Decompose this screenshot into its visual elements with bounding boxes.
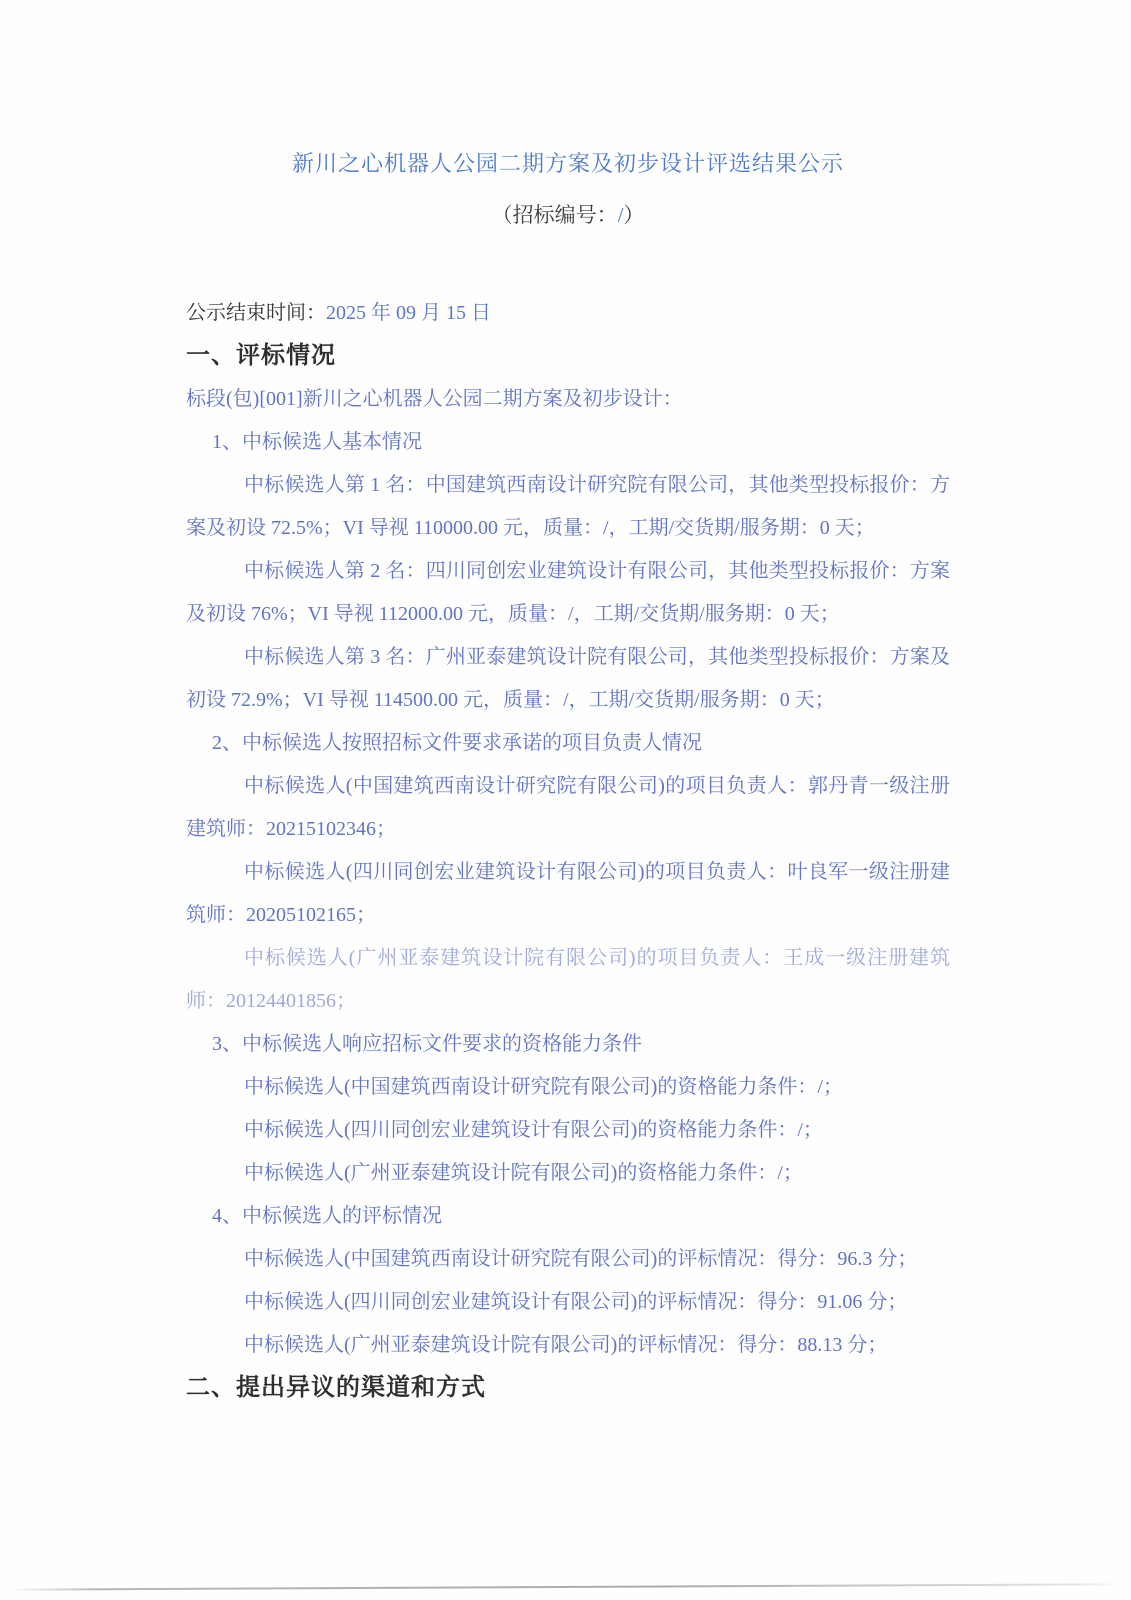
lot-title-line: 标段(包)[001]新川之心机器人公园二期方案及初步设计： [186, 378, 950, 421]
item-scores-heading: 4、中标候选人的评标情况 [186, 1195, 950, 1238]
document-title: 新川之心机器人公园二期方案及初步设计评选结果公示 [186, 148, 950, 180]
publicity-end-date: 2025 年 09 月 15 日 [326, 302, 491, 324]
tender-number-prefix: （招标编号： [492, 203, 618, 227]
item-basic-info-heading: 1、中标候选人基本情况 [186, 421, 950, 464]
candidate-3-basic-info: 中标候选人第 3 名：广州亚泰建筑设计院有限公司，其他类型投标报价：方案及初设 … [186, 636, 950, 722]
candidate-1-basic-info: 中标候选人第 1 名：中国建筑西南设计研究院有限公司，其他类型投标报价：方案及初… [186, 464, 950, 550]
item-project-managers-heading: 2、中标候选人按照招标文件要求承诺的项目负责人情况 [186, 722, 950, 765]
candidate-2-project-manager: 中标候选人(四川同创宏业建筑设计有限公司)的项目负责人：叶良军一级注册建筑师：2… [186, 851, 950, 937]
publicity-end-label: 公示结束时间： [186, 302, 326, 324]
candidate-1-score: 中标候选人(中国建筑西南设计研究院有限公司)的评标情况：得分：96.3 分； [186, 1238, 950, 1281]
candidate-1-qualifications: 中标候选人(中国建筑西南设计研究院有限公司)的资格能力条件：/； [186, 1066, 950, 1109]
section-evaluation-heading: 一、评标情况 [186, 335, 950, 378]
item-qualifications-heading: 3、中标候选人响应招标文件要求的资格能力条件 [186, 1023, 950, 1066]
tender-number-suffix: ） [623, 203, 644, 227]
tender-number-line: （招标编号：/） [186, 200, 950, 230]
candidate-2-score: 中标候选人(四川同创宏业建筑设计有限公司)的评标情况：得分：91.06 分； [186, 1281, 950, 1324]
document-content: 新川之心机器人公园二期方案及初步设计评选结果公示 （招标编号：/） 公示结束时间… [186, 0, 950, 1410]
publicity-end-line: 公示结束时间：2025 年 09 月 15 日 [186, 292, 950, 335]
candidate-3-score: 中标候选人(广州亚泰建筑设计院有限公司)的评标情况：得分：88.13 分； [186, 1324, 950, 1367]
page-scan-edge-line [8, 1583, 1120, 1590]
candidate-2-qualifications: 中标候选人(四川同创宏业建筑设计有限公司)的资格能力条件：/； [186, 1109, 950, 1152]
candidate-3-project-manager: 中标候选人(广州亚泰建筑设计院有限公司)的项目负责人：王成一级注册建筑师：201… [186, 937, 950, 1023]
scanned-document-page: 新川之心机器人公园二期方案及初步设计评选结果公示 （招标编号：/） 公示结束时间… [0, 0, 1131, 1600]
candidate-2-basic-info: 中标候选人第 2 名：四川同创宏业建筑设计有限公司，其他类型投标报价：方案及初设… [186, 550, 950, 636]
candidate-3-qualifications: 中标候选人(广州亚泰建筑设计院有限公司)的资格能力条件：/； [186, 1152, 950, 1195]
candidate-1-project-manager: 中标候选人(中国建筑西南设计研究院有限公司)的项目负责人：郭丹青一级注册建筑师：… [186, 765, 950, 851]
section-objection-heading: 二、提出异议的渠道和方式 [186, 1367, 950, 1410]
